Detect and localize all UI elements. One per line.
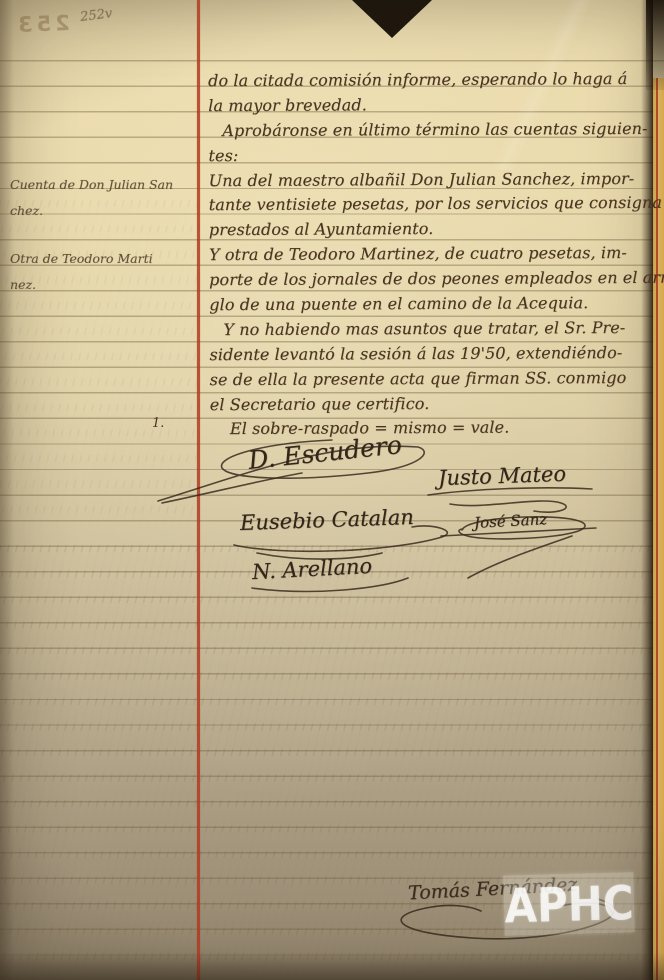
body-line: prestados al Ayuntamiento. (209, 216, 656, 243)
margin-note-line: Otra de Teodoro Marti (10, 246, 200, 272)
archive-watermark-text: APHC (504, 875, 635, 933)
folio-annotation: 252v (79, 6, 113, 25)
marginal-mark: 1. (152, 416, 164, 431)
body-line: la mayor brevedad. (208, 92, 655, 119)
margin-note-line: nez. (10, 272, 200, 298)
body-line: El sobre-raspado = mismo = vale. (210, 415, 657, 442)
body-line: Aprobáronse en último término las cuenta… (208, 117, 655, 144)
manuscript-page-scan: 253 252v Cuenta de Don Julian San chez. … (0, 0, 664, 980)
folio-number-bleedthrough: 253 (14, 11, 71, 37)
page-edge-shadow (0, 952, 664, 980)
body-line: tante ventisiete pesetas, por los servic… (209, 191, 656, 218)
margin-note-line: chez. (10, 198, 200, 224)
signature: Justo Mateo (438, 462, 567, 490)
body-line: glo de una puente en el camino de la Ace… (209, 291, 656, 318)
next-page-red-line (656, 78, 658, 980)
page-edge-shadow (0, 0, 14, 980)
margin-note: Cuenta de Don Julian San chez. (10, 172, 200, 223)
body-line: sidente levantó la sesión á las 19'50, e… (209, 341, 656, 368)
red-margin-line (197, 0, 200, 980)
body-line: se de ella la presente acta que firman S… (210, 366, 657, 393)
body-line: tes: (208, 142, 655, 169)
body-line: Una del maestro albañil Don Julian Sanch… (209, 166, 656, 193)
body-line: el Secretario que certifico. (210, 390, 657, 417)
archive-watermark: APHC (503, 872, 635, 935)
body-line: Y otra de Teodoro Martinez, de cuatro pe… (209, 241, 656, 268)
body-line: do la citada comisión informe, esperando… (208, 67, 655, 94)
margin-note: Otra de Teodoro Marti nez. (10, 246, 200, 297)
body-line: Y no habiendo mas asuntos que tratar, el… (209, 316, 656, 343)
margin-note-line: Cuenta de Don Julian San (10, 172, 200, 198)
signature: José Sanz (474, 510, 548, 532)
manuscript-body-text: do la citada comisión informe, esperando… (208, 67, 657, 443)
body-line: porte de los jornales de dos peones empl… (209, 266, 656, 293)
